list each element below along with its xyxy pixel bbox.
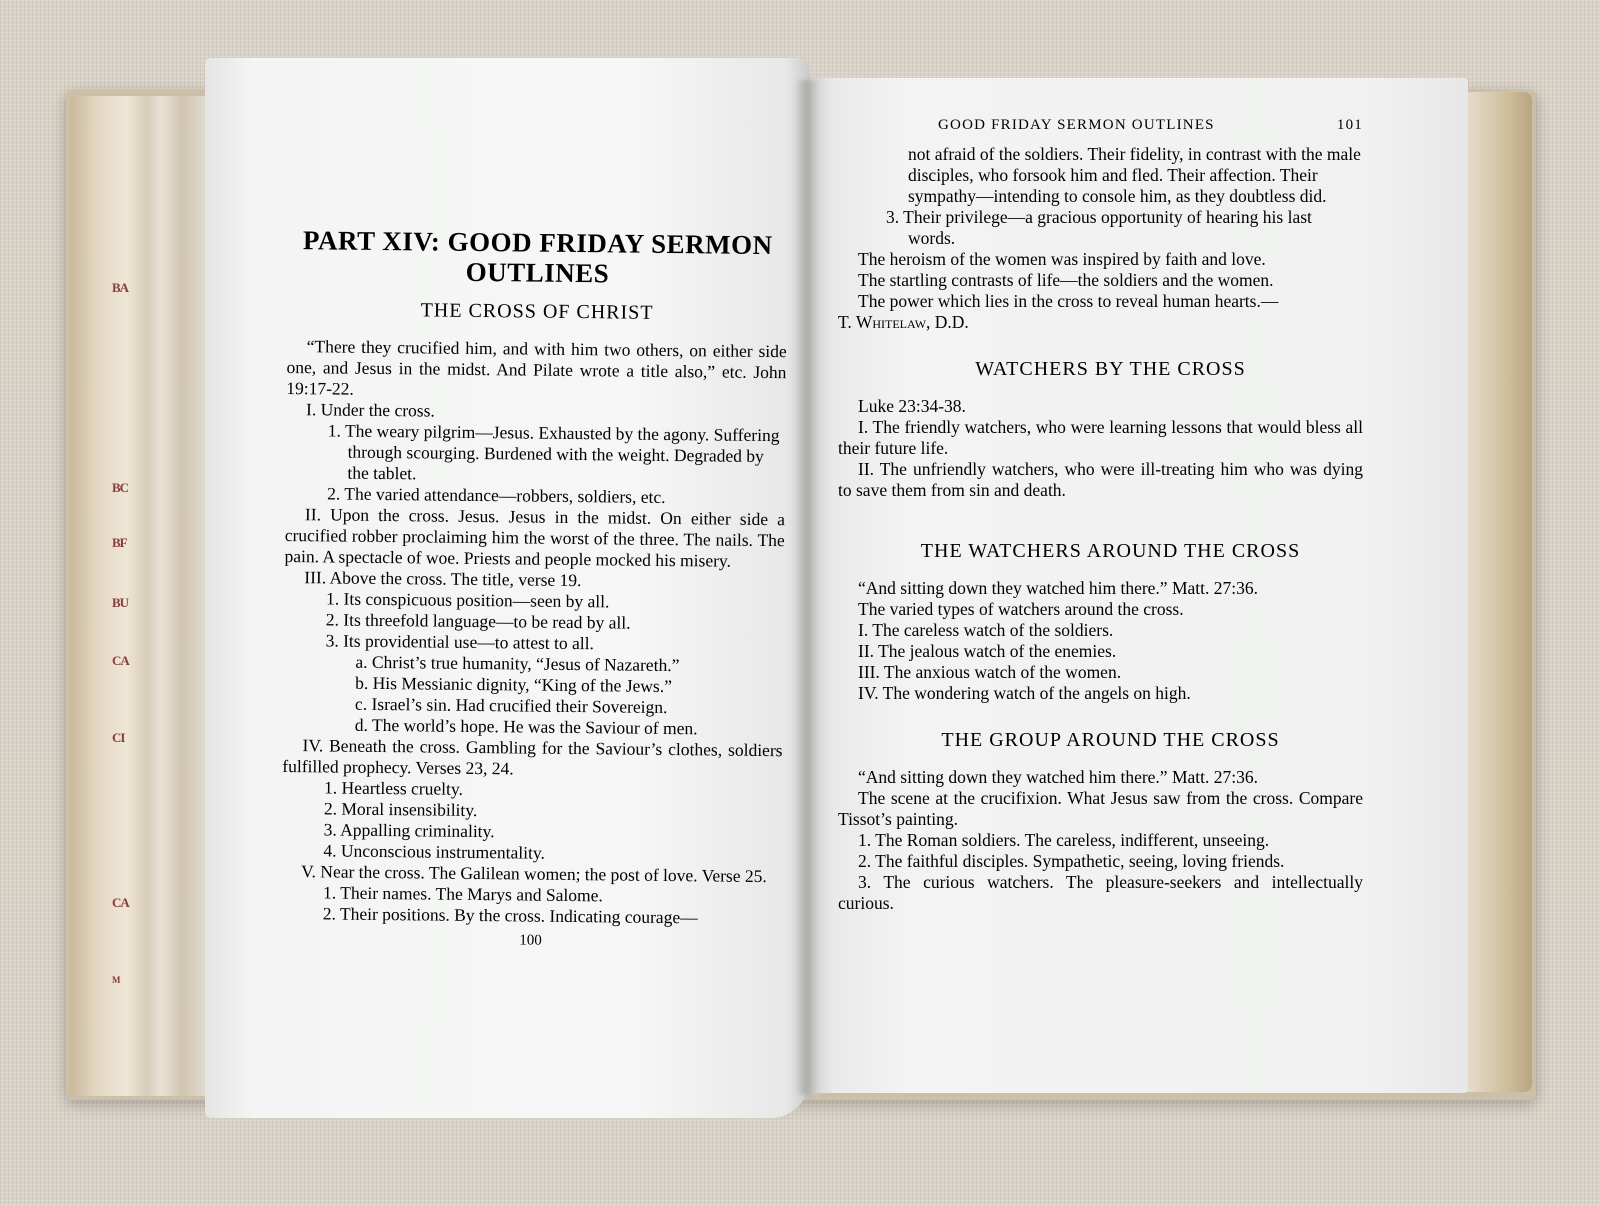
continuation-text: The heroism of the women was inspired by… <box>858 249 1363 270</box>
section-title-group-around-the-cross: THE GROUP AROUND THE CROSS <box>858 730 1363 751</box>
spine-label: BC <box>112 480 128 496</box>
author-attribution: T. Whitelaw, D.D. <box>838 312 1363 333</box>
outline-item: 2. The faithful disciples. Sympathetic, … <box>838 851 1363 872</box>
section-title-cross-of-christ: THE CROSS OF CHRIST <box>287 299 787 325</box>
section-title-watchers-by-the-cross: WATCHERS BY THE CROSS <box>858 359 1363 380</box>
page-edges <box>1460 92 1532 1092</box>
outline-item: 3. Their privilege—a gracious opportunit… <box>858 207 1363 249</box>
scripture-quote: “There they crucified him, and with him … <box>286 336 787 404</box>
spine-label: CI <box>112 730 124 746</box>
body-text: The varied types of watchers around the … <box>858 599 1363 620</box>
outline-item: I. The careless watch of the soldiers. <box>858 620 1363 641</box>
part-title: PART XIV: GOOD FRIDAY SERMON OUTLINES <box>287 225 788 290</box>
outline-item: III. The anxious watch of the women. <box>858 662 1363 683</box>
outline-heading: IV. Beneath the cross. Gambling for the … <box>282 735 782 782</box>
spine-label: CA <box>112 895 129 911</box>
continuation-text: The power which lies in the cross to rev… <box>858 291 1363 312</box>
outline-item: 2. Their positions. By the cross. Indica… <box>281 903 781 929</box>
spine-label: BF <box>112 535 127 551</box>
left-page-content: PART XIV: GOOD FRIDAY SERMON OUTLINES TH… <box>280 225 788 954</box>
page-number-right: 101 <box>1337 115 1363 136</box>
spine-label: BU <box>112 595 128 611</box>
outline-item: I. The friendly watchers, who were learn… <box>838 417 1363 459</box>
scripture-ref: Luke 23:34-38. <box>858 396 1363 417</box>
outline-item: 3. The curious watchers. The pleasure-se… <box>838 872 1363 914</box>
spine-label: BA <box>112 280 128 296</box>
running-head-title: GOOD FRIDAY SERMON OUTLINES <box>938 115 1215 136</box>
outline-item: 1. The weary pilgrim—Jesus. Exhausted by… <box>285 420 786 488</box>
outline-item: II. The jealous watch of the enemies. <box>858 641 1363 662</box>
right-page-content: GOOD FRIDAY SERMON OUTLINES 101 not afra… <box>858 115 1363 914</box>
spine-label: M <box>112 975 120 985</box>
scripture-quote: “And sitting down they watched him there… <box>858 578 1363 599</box>
book-spine <box>70 96 210 1096</box>
section-title-watchers-around-the-cross: THE WATCHERS AROUND THE CROSS <box>858 541 1363 562</box>
outline-heading: II. Upon the cross. Jesus. Jesus in the … <box>284 504 785 572</box>
outline-item: 1. The Roman soldiers. The careless, ind… <box>838 830 1363 851</box>
running-head: GOOD FRIDAY SERMON OUTLINES 101 <box>858 115 1363 136</box>
outline-item: IV. The wondering watch of the angels on… <box>858 683 1363 704</box>
spine-label: CA <box>112 653 129 669</box>
scripture-quote: “And sitting down they watched him there… <box>858 767 1363 788</box>
book-gutter <box>796 80 818 1095</box>
continuation-text: The startling contrasts of life—the sold… <box>858 270 1363 291</box>
continuation-text: not afraid of the soldiers. Their fideli… <box>858 144 1363 207</box>
body-text: The scene at the crucifixion. What Jesus… <box>838 788 1363 830</box>
outline-item: II. The unfriendly watchers, who were il… <box>838 459 1363 501</box>
